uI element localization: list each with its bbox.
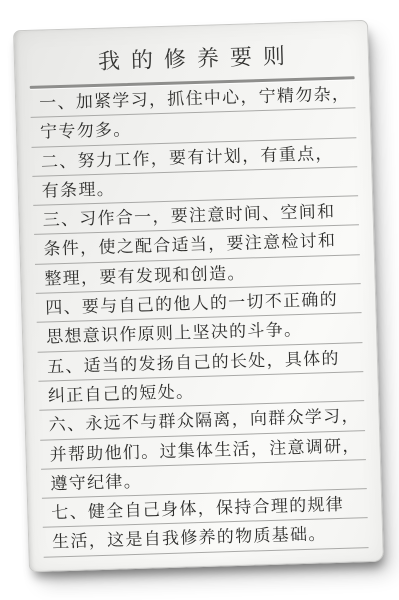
photo-canvas: 我的修养要则 一、加紧学习，抓住中心，宁精勿杂， 宁专勿多。 二、努力工作，要有… <box>0 0 399 600</box>
ruled-lines: 一、加紧学习，抓住中心，宁精勿杂， 宁专勿多。 二、努力工作，要有计划，有重点，… <box>30 79 369 557</box>
note-paper: 我的修养要则 一、加紧学习，抓住中心，宁精勿杂， 宁专勿多。 二、努力工作，要有… <box>13 20 384 572</box>
note-title: 我的修养要则 <box>86 39 296 76</box>
title-block: 我的修养要则 <box>14 21 368 80</box>
